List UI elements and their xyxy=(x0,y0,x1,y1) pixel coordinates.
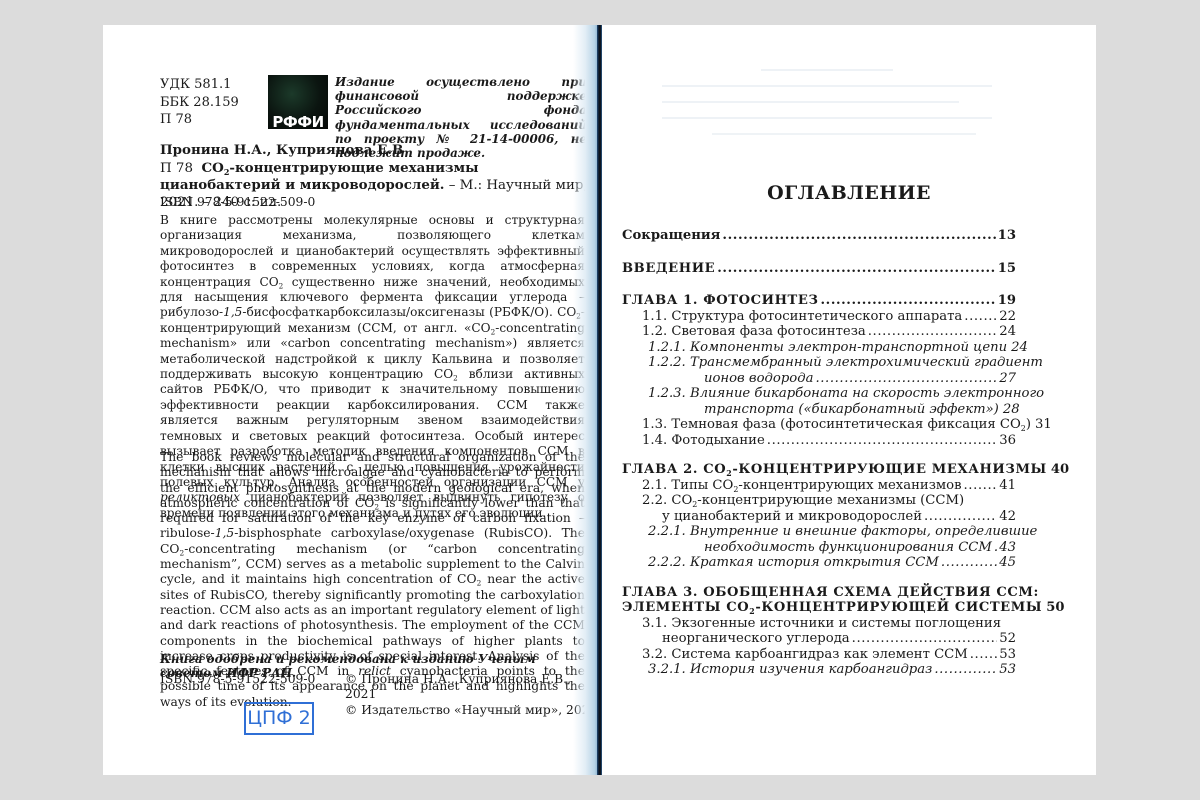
toc-page-number: 13 xyxy=(998,228,1016,244)
toc-entry[interactable]: 1.2. Световая фаза фотосинтеза24 xyxy=(622,324,1016,340)
toc-page-number: 15 xyxy=(998,261,1016,277)
dot-leader xyxy=(717,261,996,277)
dot-leader xyxy=(767,433,997,449)
toc-entry-label: Сокращения xyxy=(622,228,720,244)
toc-entry[interactable]: 1.2.2. Трансмембранный электрохимический… xyxy=(622,355,1016,386)
copyright-authors: © Пронина Н.А., Куприянова Е.В., 2021 xyxy=(345,672,600,703)
toc-page-number: 19 xyxy=(998,293,1016,309)
toc-page-number: 42 xyxy=(999,509,1016,525)
toc-page-number: 52 xyxy=(999,631,1016,647)
toc-page-number: 41 xyxy=(999,478,1016,494)
dot-leader xyxy=(868,324,997,340)
toc-entry[interactable]: 3.1. Экзогенные источники и системы погл… xyxy=(622,616,1016,647)
show-through-text xyxy=(662,55,992,175)
toc-entry[interactable]: ГЛАВА 1. ФОТОСИНТЕЗ19 xyxy=(622,293,1016,309)
toc-entry[interactable]: ГЛАВА 2. CO2-КОНЦЕНТРИРУЮЩИЕ МЕХАНИЗМЫ40 xyxy=(622,462,1016,478)
toc-entry-label: 1.1. Структура фотосинтетического аппара… xyxy=(642,309,962,325)
toc-entry[interactable]: 2.2.2. Краткая история открытия CCM45 xyxy=(622,555,1016,571)
toc-entry[interactable]: 1.4. Фотодыхание36 xyxy=(622,433,1016,449)
dot-leader xyxy=(821,293,996,309)
toc-page-number: 22 xyxy=(999,309,1016,325)
author-mark: П 78 xyxy=(160,111,239,129)
toc-entry-label: 2.2.2. Краткая история открытия CCM xyxy=(648,555,939,571)
toc-entry-label: 1.4. Фотодыхание xyxy=(642,433,765,449)
toc-entry[interactable]: 1.1. Структура фотосинтетического аппара… xyxy=(622,309,1016,325)
toc-entry[interactable]: ВВЕДЕНИЕ15 xyxy=(622,261,1016,277)
toc-entry-label: 3.2.1. История изучения карбоангидраз xyxy=(648,662,932,678)
toc-entry-label: 3.2. Система карбоангидраз как элемент C… xyxy=(642,647,968,663)
toc-entry[interactable]: 1.3. Темновая фаза (фотосинтетическая фи… xyxy=(622,417,1016,433)
toc-page-number: 50 xyxy=(1046,600,1064,616)
toc-entry-label: 2.2.1. Внутренние и внешние факторы, опр… xyxy=(648,524,1037,540)
right-page: ОГЛАВЛЕНИЕ Сокращения13ВВЕДЕНИЕ15ГЛАВА 1… xyxy=(602,25,1096,775)
toc-entry[interactable]: 2.2.1. Внутренние и внешние факторы, опр… xyxy=(622,524,1016,555)
toc-entry-label: ГЛАВА 3. ОБОБЩЕННАЯ СХЕМА ДЕЙСТВИЯ CCM: xyxy=(622,585,1039,601)
dot-leader xyxy=(722,228,995,244)
dot-leader xyxy=(815,371,997,387)
toc-entry[interactable]: 2.1. Типы CO2-концентрирующих механизмов… xyxy=(622,478,1016,494)
toc-entry-label: ГЛАВА 2. CO2-КОНЦЕНТРИРУЮЩИЕ МЕХАНИЗМЫ xyxy=(622,462,1047,478)
stamp: ЦПФ 2 xyxy=(244,702,314,735)
toc-entry-label: 1.2.3. Влияние бикарбоната на скорость э… xyxy=(648,386,1044,402)
toc-page-number: 36 xyxy=(999,433,1016,449)
bbk-code: ББК 28.159 xyxy=(160,94,239,112)
table-of-contents: Сокращения13ВВЕДЕНИЕ15ГЛАВА 1. ФОТОСИНТЕ… xyxy=(622,228,1016,678)
toc-entry-label: ГЛАВА 1. ФОТОСИНТЕЗ xyxy=(622,293,819,309)
toc-entry-label: ВВЕДЕНИЕ xyxy=(622,261,715,277)
toc-entry[interactable]: 1.2.3. Влияние бикарбоната на скорость э… xyxy=(622,386,1016,417)
toc-page-number: 43 xyxy=(999,540,1016,556)
rffi-logo-icon: РФФИ xyxy=(268,75,328,129)
toc-page-number: 31 xyxy=(1035,417,1052,433)
book-title: CO2-концентрирующие механизмы цианобакте… xyxy=(160,160,479,193)
toc-entry-label: 1.2.2. Трансмембранный электрохимический… xyxy=(648,355,1043,371)
copyright-block: © Пронина Н.А., Куприянова Е.В., 2021 © … xyxy=(345,672,600,718)
toc-entry-label: необходимость функционирования CCM xyxy=(704,540,992,556)
toc-entry-label: ионов водорода xyxy=(704,371,813,387)
toc-entry-label: 3.1. Экзогенные источники и системы погл… xyxy=(642,616,1001,632)
biblio-code: П 78 xyxy=(160,161,193,176)
toc-entry-label: 1.2.1. Компоненты электрон-транспортной … xyxy=(648,340,1007,356)
isbn-top: ISBN 978-5-91522-509-0 xyxy=(160,195,315,209)
toc-page-number: 24 xyxy=(1011,340,1028,356)
udk-code: УДК 581.1 xyxy=(160,76,239,94)
gutter-shadow xyxy=(573,25,600,775)
toc-entry-label: 2.1. Типы CO2-концентрирующих механизмов xyxy=(642,478,962,494)
toc-entry-label: транспорта («бикарбонатный эффект») xyxy=(704,402,999,418)
toc-entry-label: 1.2. Световая фаза фотосинтеза xyxy=(642,324,866,340)
dot-leader xyxy=(964,478,998,494)
toc-page-number: 28 xyxy=(1003,402,1020,418)
dot-leader xyxy=(941,555,997,571)
classification-codes: УДК 581.1 ББК 28.159 П 78 xyxy=(160,76,239,129)
dot-leader xyxy=(934,662,997,678)
authors: Пронина Н.А., Куприянова Е.В xyxy=(160,142,403,160)
dot-leader xyxy=(852,631,998,647)
toc-entry[interactable]: Сокращения13 xyxy=(622,228,1016,244)
copyright-publisher: © Издательство «Научный мир», 2021 xyxy=(345,703,600,718)
toc-title: ОГЛАВЛЕНИЕ xyxy=(602,182,1096,204)
toc-entry-label: ЭЛЕМЕНТЫ CO2-КОНЦЕНТРИРУЮЩЕЙ СИСТЕМЫ xyxy=(622,600,1042,616)
left-page: УДК 581.1 ББК 28.159 П 78 РФФИ Издание о… xyxy=(103,25,600,775)
toc-entry[interactable]: ГЛАВА 3. ОБОБЩЕННАЯ СХЕМА ДЕЙСТВИЯ CCM:Э… xyxy=(622,585,1016,616)
toc-entry[interactable]: 1.2.1. Компоненты электрон-транспортной … xyxy=(622,340,1016,356)
toc-entry-label: 2.2. CO2-концентрирующие механизмы (CCM) xyxy=(642,493,964,509)
book-spread: УДК 581.1 ББК 28.159 П 78 РФФИ Издание о… xyxy=(103,25,1096,775)
toc-entry-label: неорганического углерода xyxy=(662,631,850,647)
logo-text: РФФИ xyxy=(268,113,328,131)
dot-leader xyxy=(964,309,997,325)
toc-page-number: 53 xyxy=(999,662,1016,678)
isbn-bottom: ISBN 978-5-91522-509-0 xyxy=(160,672,315,686)
toc-page-number: 24 xyxy=(999,324,1016,340)
dot-leader xyxy=(994,540,997,556)
toc-entry[interactable]: 2.2. CO2-концентрирующие механизмы (CCM)… xyxy=(622,493,1016,524)
toc-page-number: 53 xyxy=(999,647,1016,663)
toc-page-number: 27 xyxy=(999,371,1016,387)
toc-entry-label: 1.3. Темновая фаза (фотосинтетическая фи… xyxy=(642,417,1031,433)
dot-leader xyxy=(970,647,997,663)
toc-page-number: 40 xyxy=(1051,462,1069,478)
toc-entry[interactable]: 3.2. Система карбоангидраз как элемент C… xyxy=(622,647,1016,663)
toc-entry-label: у цианобактерий и микроводорослей xyxy=(662,509,922,525)
toc-page-number: 45 xyxy=(999,555,1016,571)
dot-leader xyxy=(924,509,997,525)
toc-entry[interactable]: 3.2.1. История изучения карбоангидраз53 xyxy=(622,662,1016,678)
